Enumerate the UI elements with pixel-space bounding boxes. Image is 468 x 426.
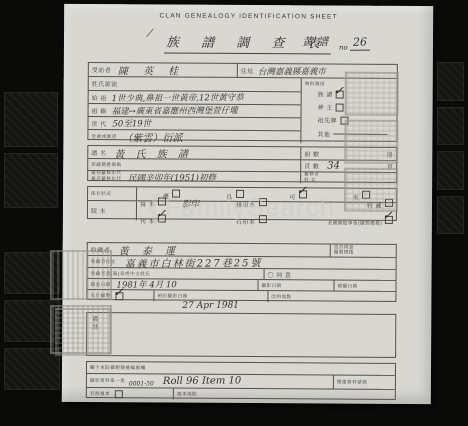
section-office-use-table: 關于本院攝製微捲編號欄 攝影資料第一批 0001-50 Roll 96 Item… <box>86 361 396 400</box>
paper-sheet: CLAN GENEALOGY IDENTIFICATION SHEET ∕ 族 … <box>62 4 433 404</box>
generations-label: 世 代 <box>91 119 106 128</box>
number-label: no <box>339 44 348 52</box>
scanned-document-page: CLAN GENEALOGY IDENTIFICATION SHEET ∕ 族 … <box>0 0 468 426</box>
first-ancestor-value: 1世少典,鼻祖一世黃帝,12世黃守恭 <box>112 91 244 104</box>
cell-genealogy-title: 譜 名 黃 氏 族 譜 <box>88 146 300 159</box>
edition-printed: 刊 本 <box>140 211 236 228</box>
row-generations: 世 代 50至19世 <box>88 116 300 130</box>
has-copy-label: 有無複本 <box>90 390 110 397</box>
cell-refilm-date: 補攝日期 <box>333 281 395 291</box>
cell-compilation: 最初纂修年代 最近纂修年代 民國辛卯年(1951)初修 <box>88 171 300 183</box>
copy-location-label: 複本地點 <box>177 391 197 398</box>
new-location-label: 改約地點 <box>271 293 291 300</box>
row-copies: 有無複本 複本地點 <box>87 387 395 401</box>
edition-photocopy-note: 影印 <box>182 201 199 210</box>
number-value: 26 <box>350 36 370 51</box>
genealogy-title-value: 黃 氏 族 譜 <box>114 145 192 161</box>
edition-lithograph: 石印本 <box>236 211 302 228</box>
generations-value: 50至19世 <box>113 117 152 129</box>
edition-gsu-microfilm: 美國猶他學會(攝製微捲) <box>302 212 393 229</box>
row-first-ancestor: 始 祖 1世少典,鼻祖一世黃帝,12世黃守恭 <box>89 90 301 104</box>
form-subject-handwritten: 黃譜 <box>302 33 332 49</box>
row-holder-address: 收藏者住址 嘉義市白林街227巷25號 <box>88 255 396 269</box>
film-batch-handwritten: 0001-50 <box>128 380 153 387</box>
cell-agree: 〇 同 意 <box>264 269 396 280</box>
row-ancestral-home: 祖 籍 福建→廣東省嘉應州西灣堡萱仔壠 <box>89 103 301 117</box>
section-holder-table: 收藏者 黃 泰 運 是否同意 攝製微捲 收藏者住址 嘉義市白林街227巷25號 <box>86 242 396 302</box>
refilm-date-label: 補攝日期 <box>337 282 357 289</box>
cell-edition-label: 版 本 <box>88 201 136 220</box>
manuscript-checkbox <box>158 198 166 206</box>
address-label: 住址 <box>241 66 254 75</box>
cell-interviewee: 受訪者 陳 英 桂 <box>89 63 237 77</box>
cell-film-batch: 攝影資料第一批 0001-50 Roll 96 Item 10 <box>87 374 333 389</box>
background-seal-watermark-right <box>437 62 464 234</box>
typeset-checkbox <box>259 199 267 207</box>
appointment-label: 預約攝影日期 <box>157 293 187 300</box>
hall-name-value: （紫雲）衍派 <box>122 129 182 144</box>
office-use-header: 關于本院攝製微捲編號欄 <box>90 364 146 371</box>
volumes-label: 冊 數 <box>304 149 319 158</box>
genealogy-checkbox <box>336 90 344 98</box>
ancestral-home-value: 福建→廣東省嘉應州西灣堡萱仔壠 <box>112 104 238 117</box>
genealogy-title-label: 譜 名 <box>91 148 106 157</box>
cell-photo-date: 攝影日期 <box>257 280 333 290</box>
edition-typeset: 排印本 <box>236 195 302 212</box>
film-batch-label: 攝影資料第一批 <box>90 377 125 384</box>
edition-label: 版 本 <box>91 206 106 215</box>
pages-value: 34 <box>327 160 340 171</box>
interviewee-label: 受訪者 <box>92 65 112 74</box>
row-film-batch: 攝影資料第一批 0001-50 Roll 96 Item 10 微捲資料號碼 <box>87 373 395 389</box>
row-hall-name: 堂號或郡望 （紫雲）衍派 <box>88 129 300 143</box>
hall-name-label: 堂號或郡望 <box>91 133 116 140</box>
data-type-header: 資料類別 <box>305 81 325 88</box>
photo-date-label: 攝影日期 <box>261 282 281 289</box>
row-filming: 先行攝製 預約攝影日期 改約地點 <box>87 289 395 303</box>
data-type-item-ancestor-tablet: 祖先牌 <box>317 115 348 124</box>
spirit-tablet-checkbox <box>336 103 344 111</box>
consent-label-line2: 攝製微捲 <box>334 251 354 256</box>
background-seal-watermark-left-top <box>4 92 58 208</box>
cell-copy-location: 複本地點 <box>173 389 395 401</box>
cell-new-location: 改約地點 <box>267 291 395 303</box>
cell-microfilm-number: 原藏微捲號碼 <box>88 159 300 171</box>
condition-fair-checkbox <box>299 191 307 199</box>
holder-address-value: 嘉義市白林街227巷25號 <box>124 254 262 270</box>
ancestral-home-label: 祖 籍 <box>92 106 107 115</box>
row-dates: 調查日期 1981年 4月 10 攝影日期 補攝日期 <box>87 278 395 291</box>
cell-office-header: 關于本院攝製微捲編號欄 <box>87 362 395 375</box>
pages-label: 頁 數 <box>304 161 319 170</box>
row-surname-origin: 姓氏源流 <box>89 77 301 91</box>
handwritten-tick: ∕ <box>147 26 153 39</box>
printed-header-title: CLAN GENEALOGY IDENTIFICATION SHEET <box>64 12 433 21</box>
cell-holder-address: 收藏者住址 嘉義市白林街227巷25號 <box>88 256 396 269</box>
prefilm-checkbox <box>115 292 123 300</box>
first-ancestor-label: 始 祖 <box>92 93 107 102</box>
cell-film-number: 微捲資料號碼 <box>333 376 395 389</box>
survey-date-value: 1981年 4月 10 <box>116 278 176 290</box>
data-type-item-spirit-tablet: 神 主 <box>318 102 344 111</box>
condition-label: 保存狀況 <box>91 190 111 197</box>
seal-stamp-left-lower <box>55 308 111 356</box>
faint-seal-stamp-right <box>344 72 399 212</box>
surname-origin-label: 姓氏源流 <box>92 79 118 88</box>
condition-good-checkbox <box>236 190 244 198</box>
handwritten-filming-date: 27 Apr 1981 <box>182 301 239 311</box>
agree-label: 〇 同 意 <box>268 270 292 279</box>
cell-condition-label: 保存狀況 <box>88 187 136 200</box>
microfilm-number-label: 原藏微捲號碼 <box>91 161 121 168</box>
compilation-value: 民國辛卯年(1951)初修 <box>128 171 216 184</box>
lithograph-checkbox <box>258 215 266 223</box>
edition-manuscript: 寫 本 影印 <box>140 194 236 211</box>
cell-has-copy: 有無複本 <box>87 388 173 400</box>
identity-left-rows: 姓氏源流 始 祖 1世少典,鼻祖一世黃帝,12世黃守恭 祖 籍 福建→廣東省嘉應… <box>88 77 300 143</box>
compiler-label-line2: 姓 名 <box>304 178 319 183</box>
data-type-item-genealogy: 族 譜 <box>318 89 344 98</box>
interviewee-value: 陳 英 桂 <box>117 62 183 78</box>
film-number-label: 微捲資料號碼 <box>337 379 367 386</box>
last-compiled-label: 最近纂修年代 <box>91 177 121 182</box>
printed-checkbox <box>158 215 166 223</box>
has-copy-checkbox <box>115 390 123 398</box>
address-value: 台灣嘉義縣嘉義市 <box>258 65 326 78</box>
cell-consent: 是否同意 攝製微捲 <box>330 245 396 257</box>
gsu-microfilm-checkbox <box>385 216 393 224</box>
roll-item-value: Roll 96 Item 10 <box>163 375 241 387</box>
section-remarks-box: 備 註 <box>86 312 396 358</box>
row-office-header: 關于本院攝製微捲編號欄 <box>87 362 395 375</box>
